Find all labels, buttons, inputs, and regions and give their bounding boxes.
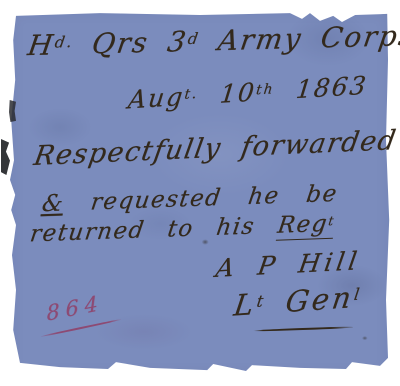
headquarters-abbreviation: H (26, 28, 57, 62)
document-scan: Hd. Qrs 3d Army Corps Augt. 10th 1863 Re… (0, 0, 400, 386)
scan-artifact (1, 139, 10, 175)
year: 1863 (273, 71, 370, 106)
corps-name: Army Corps (197, 19, 400, 58)
day-superscript: th (255, 81, 275, 98)
day: 10 (197, 77, 258, 110)
corps-number: Qrs 3 (71, 25, 190, 61)
month: Aug (127, 82, 186, 115)
regiment-abbreviation: Regt (276, 211, 337, 241)
